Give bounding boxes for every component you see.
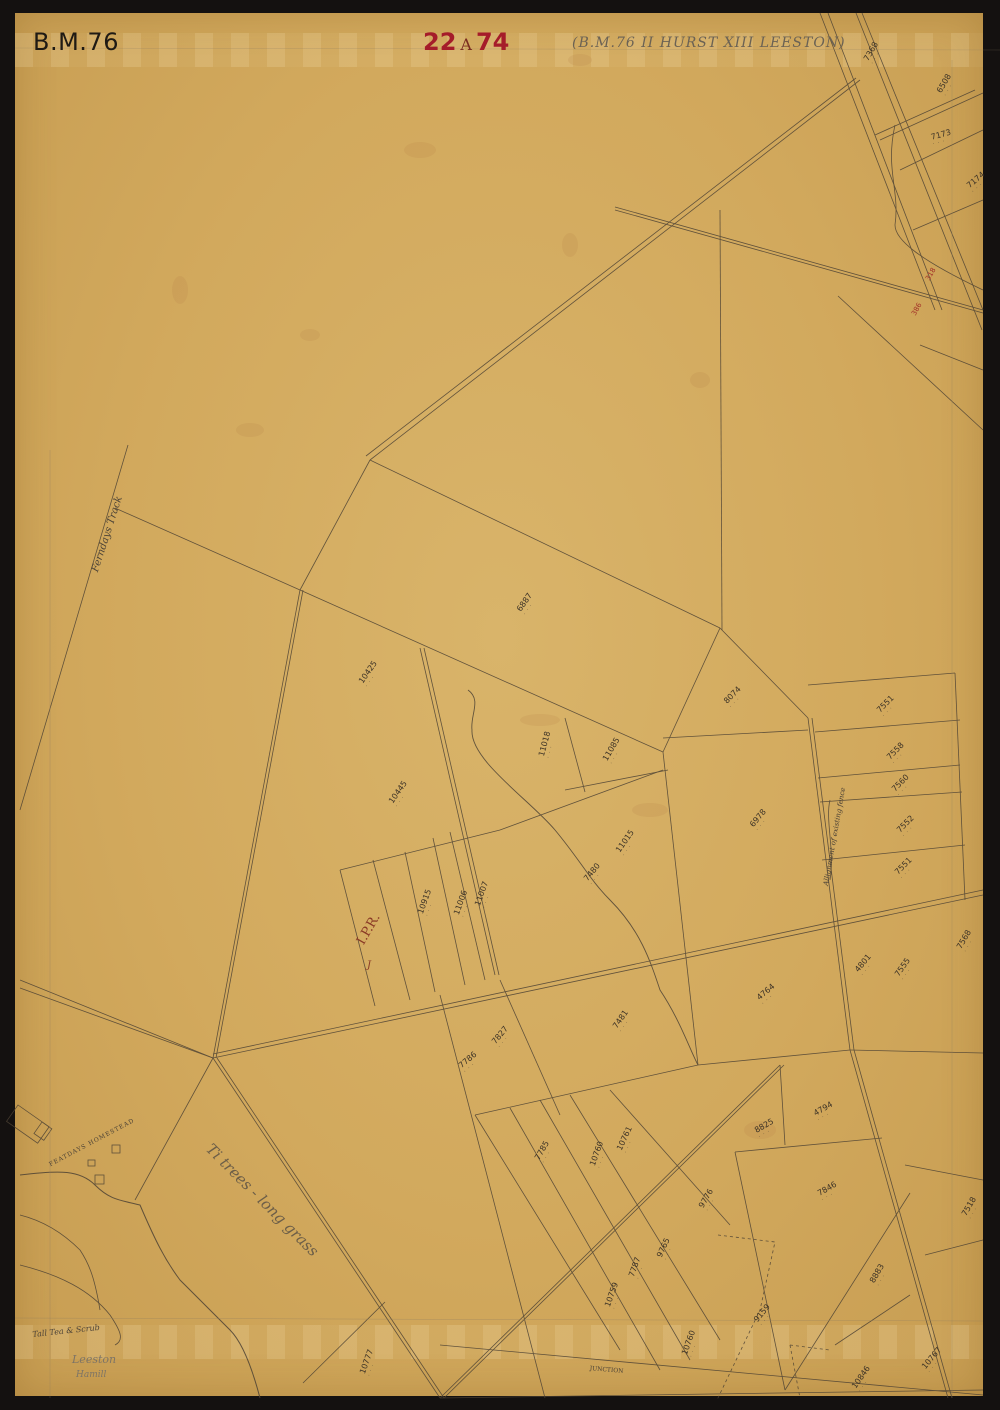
sheet-id: B.M.76 — [33, 28, 119, 56]
reference-left: 22 — [423, 28, 456, 56]
leeston-label: Leeston — [72, 1353, 116, 1366]
reference-middle: A — [460, 35, 472, 54]
pencil-note: (B.M.76 II HURST XIII LEESTON) — [572, 35, 846, 51]
survey-lines — [0, 0, 1000, 1410]
road-northeast — [366, 78, 860, 460]
leeston-sub-label: Hamill — [76, 1370, 106, 1380]
ipr-sub-label: J — [367, 960, 371, 971]
reference-number: 22A74 — [423, 28, 509, 56]
reference-right: 74 — [476, 28, 509, 56]
